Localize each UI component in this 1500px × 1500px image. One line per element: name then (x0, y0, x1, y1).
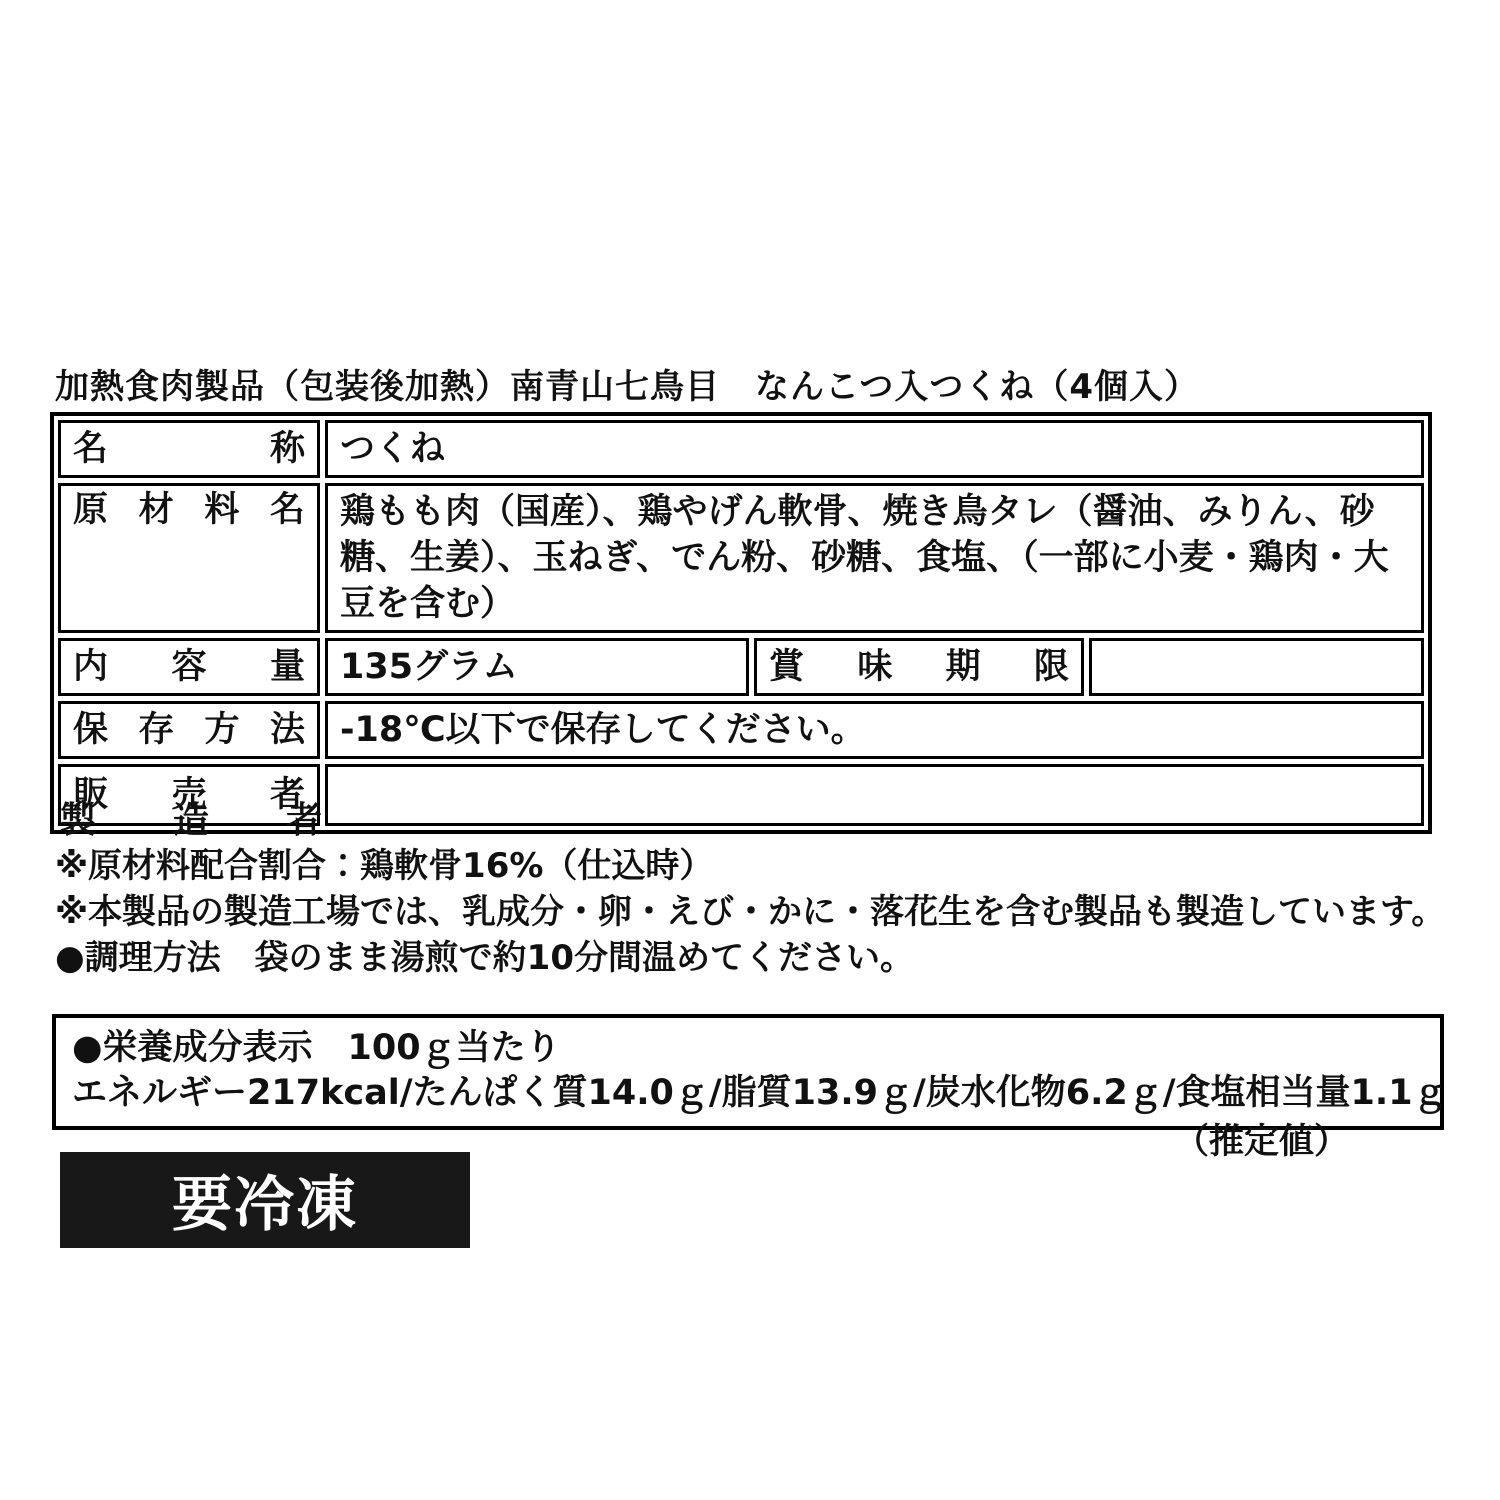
note-ingredient-ratio: ※原材料配合割合：鶏軟骨16%（仕込時） (55, 843, 1455, 889)
manufacturer-label: 製造者 (60, 792, 322, 843)
ingredients-value: 鶏もも肉（国産）、鶏やげん軟骨、焼き鳥タレ（醤油、みりん、砂糖、生姜）、玉ねぎ、… (340, 492, 1389, 624)
spec-table: 名称 つくね 原材料名 鶏もも肉（国産）、鶏やげん軟骨、焼き鳥タレ（醤油、みりん… (50, 412, 1432, 834)
food-label-scan: 加熱食肉製品（包装後加熱）南青山七鳥目 なんこつ入つくね（4個入） 名称 つくね… (0, 0, 1500, 1500)
keep-frozen-badge: 要冷凍 (60, 1152, 470, 1248)
spec-row-net-content-label-cell: 内容量 (58, 638, 320, 696)
product-header-title: 加熱食肉製品（包装後加熱）南青山七鳥目 なんこつ入つくね（4個入） (55, 366, 1445, 408)
storage-label: 保存方法 (73, 707, 305, 753)
spec-row-storage-value-cell: -18℃以下で保存してください。 (325, 701, 1424, 759)
nutrition-values-line: エネルギー217kcal/たんぱく質14.0ｇ/脂質13.9ｇ/炭水化物6.2ｇ… (72, 1071, 1430, 1116)
spec-row-storage-label-cell: 保存方法 (58, 701, 320, 759)
spec-row-best-before-value-cell (1089, 638, 1424, 696)
spec-row-best-before-label-cell: 賞味期限 (754, 638, 1084, 696)
keep-frozen-label: 要冷凍 (172, 1157, 358, 1243)
best-before-label: 賞味期限 (769, 644, 1069, 690)
spec-row-name-label-cell: 名称 (58, 420, 320, 478)
nutrition-facts-box: ●栄養成分表示 100ｇ当たり エネルギー217kcal/たんぱく質14.0ｇ/… (52, 1014, 1444, 1130)
storage-value: -18℃以下で保存してください。 (340, 707, 866, 753)
notes-block: ※原材料配合割合：鶏軟骨16%（仕込時） ※本製品の製造工場では、乳成分・卵・え… (55, 843, 1455, 981)
net-content-label: 内容量 (73, 644, 305, 690)
name-value: つくね (340, 426, 445, 472)
note-cooking-method: ●調理方法 袋のまま湯煎で約10分間温めてください。 (55, 935, 1455, 981)
nutrition-title: ●栄養成分表示 100ｇ当たり (72, 1026, 1430, 1071)
net-content-value: 135グラム (340, 644, 518, 690)
spec-row-ingredients-label-cell: 原材料名 (58, 483, 320, 633)
name-label: 名称 (73, 426, 305, 472)
spec-row-net-content-value-cell: 135グラム (325, 638, 749, 696)
spec-row-ingredients-value-cell: 鶏もも肉（国産）、鶏やげん軟骨、焼き鳥タレ（醤油、みりん、砂糖、生姜）、玉ねぎ、… (325, 483, 1424, 633)
ingredients-label: 原材料名 (73, 489, 305, 531)
spec-row-name-value-cell: つくね (325, 420, 1424, 478)
manufacturer-label-row: 製造者 (60, 792, 322, 843)
note-allergen-factory: ※本製品の製造工場では、乳成分・卵・えび・かに・落花生を含む製品も製造しています… (55, 889, 1455, 935)
spec-row-seller-value-cell (325, 764, 1424, 826)
